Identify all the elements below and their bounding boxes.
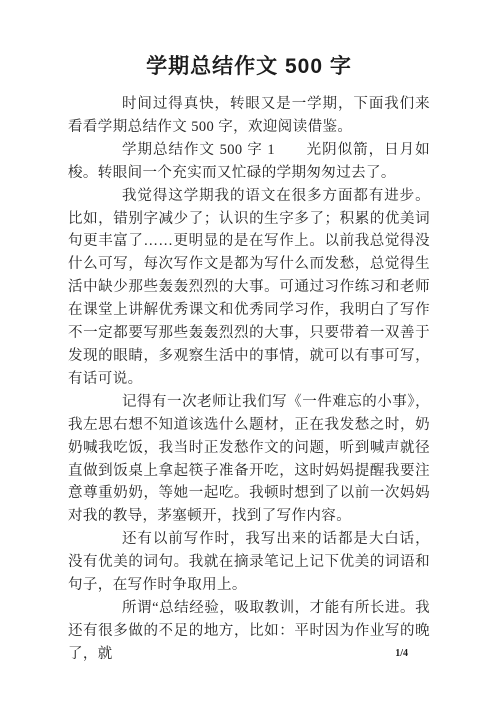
paragraph-story: 记得有一次老师让我们写《一件难忘的小事》，我左思右想不知道该选什么题材，正在我发… [68, 391, 430, 528]
paragraph-progress: 我觉得这学期我的语文在很多方面都有进步。比如，错别字减少了；认识的生字多了；积累… [68, 185, 430, 391]
paragraph-intro: 时间过得真快，转眼又是一学期，下面我们来看看学期总结作文 500 字，欢迎阅读借… [68, 93, 430, 139]
paragraph-notes: 还有以前写作时，我写出来的话都是大白话，没有优美的词句。我就在摘录笔记上记下优美… [68, 528, 430, 597]
document-page: 学期总结作文 500 字 时间过得真快，转眼又是一学期，下面我们来看看学期总结作… [0, 0, 496, 702]
page-number: 1/4 [395, 648, 408, 659]
document-title: 学期总结作文 500 字 [68, 52, 430, 82]
paragraph-conclusion: 所谓“总结经验，吸取教训，才能有所长进。我还有很多做的不足的地方，比如：平时因为… [68, 597, 430, 666]
paragraph-section-heading: 学期总结作文 500 字 1 光阴似箭，日月如梭。转眼间一个充实而又忙碌的学期匆… [68, 139, 430, 185]
